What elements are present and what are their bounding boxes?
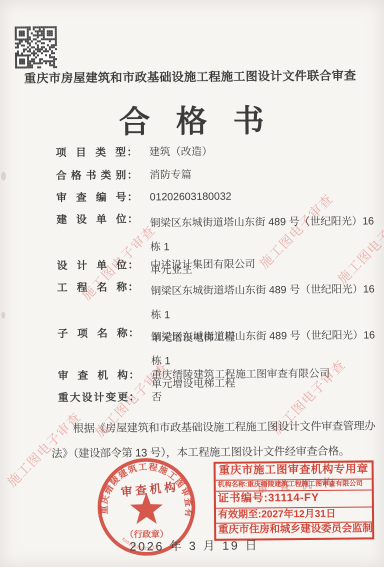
field-label: 建设单位 [56,213,126,228]
field-colon: ： [129,390,140,404]
field-design-unit: 设计单位： 中述设计集团有限公司 [57,257,256,273]
field-review-agency: 审查机构： 重庆缙陵建筑工程施工图审查有限公司 [58,367,330,383]
field-label: 合格书类别 [56,169,126,184]
field-value: 中述设计集团有限公司 [150,257,255,272]
field-label: 工程名称 [57,281,127,296]
rect-review-agency-seal: 重庆市施工图审查机构专用章 机构名称:重庆缙陵建筑工程施工图审查有限公司 证书编… [214,460,375,541]
field-value: 否 [151,390,162,404]
field-review-number: 审查编号： 01202603180032 [56,190,231,206]
field-label: 审查编号 [56,191,126,206]
field-major-design-change: 重大设计变更： 否 [58,390,162,405]
field-value: 铜梁区东城街道塔山东街 489 号（世纪阳光）16 栋 1 单元增设电梯工程 [151,324,384,397]
field-value: 重庆缙陵建筑工程施工图审查有限公司 [151,367,330,383]
field-colon: ： [127,190,138,204]
issue-date: 2026 年 3 月 19 日 [2,535,384,555]
certificate-page: 施工图电子审查 施工图电子审查 施工图电子审查 施工图电子审查 施工图电子审查 … [0,0,384,567]
field-value: 01202603180032 [150,190,232,205]
field-colon: ： [129,368,140,382]
field-colon: ： [127,212,138,226]
page-title: 合格书 [12,94,384,142]
scan-smudge [1,172,6,181]
scan-smudge [1,312,5,319]
field-label: 重大设计变更 [58,391,128,406]
field-subitem-name: 子项名称： 铜梁区东城街道塔山东街 489 号（世纪阳光）16 栋 1 单元增设… [57,324,383,397]
scanned-sheet: 施工图电子审查 施工图电子审查 施工图电子审查 施工图电子审查 施工图电子审查 … [0,0,384,567]
field-colon: ： [128,326,139,340]
rect-seal-valid-until: 有效期至:2027年12月31日 [216,507,372,524]
field-value: 消防专篇 [149,168,191,182]
field-label: 子项名称 [57,327,127,342]
authority-line: 重庆市房屋建筑和市政基础设施工程施工图设计文件联合审查 [0,66,382,86]
field-project-type: 项目类型： 建筑（改造） [56,145,213,160]
field-colon: ： [128,258,139,272]
qr-code-icon [15,26,57,68]
field-label: 项目类型 [56,146,126,161]
field-label: 审查机构 [58,369,128,384]
field-colon: ： [127,168,138,182]
field-label: 设计单位 [57,259,127,274]
field-colon: ： [127,145,138,159]
field-value: 建筑（改造） [149,145,212,160]
field-certificate-category: 合格书类别： 消防专篇 [56,168,192,183]
field-colon: ： [128,280,139,294]
qr-module [55,66,57,68]
